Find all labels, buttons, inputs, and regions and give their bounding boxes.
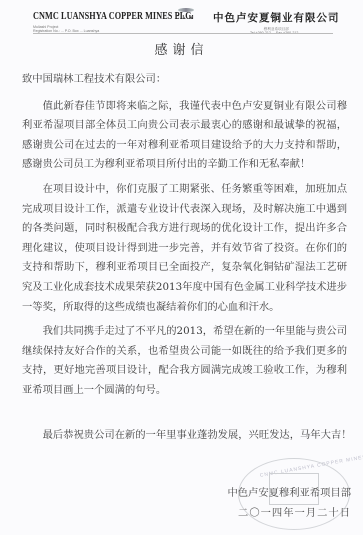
closing-line: 最后恭祝贵公司在新的一年里事业蓬勃发展，兴旺发达，马年大吉！ [22,426,352,441]
letter-body: 致中国瑞林工程技术有限公司： 值此新春佳节即将来临之际，我谨代表中色卢安夏铜业有… [22,70,347,406]
letterhead: CNMC LUANSHYA COPPER MINES PLC. Muliashi… [0,0,363,40]
company-name-cn: 中色卢安夏铜业有限公司 [213,10,340,25]
letter-title: 感谢信 [0,39,363,58]
paragraph-1: 值此新春佳节即将来临之际，我谨代表中色卢安夏铜业有限公司穆利亚希湿项目部全体员工… [22,97,347,175]
signature-date: 二〇一四年一月二十日 [227,503,351,523]
signature-org: 中色卢安夏穆利亚希项目部 [227,483,351,503]
logo-mark-icon [178,8,194,12]
logo-text: CLM [170,15,202,21]
letterhead-right: 中色卢安夏铜业有限公司 穆利亚希项目部 Tel +260-212-... Fax… [213,10,340,36]
salutation: 致中国瑞林工程技术有限公司： [22,70,347,90]
clm-logo: CLM [170,8,202,21]
signature-block: 中色卢安夏穆利亚希项目部 二〇一四年一月二十日 [227,483,351,523]
letter-page: CNMC LUANSHYA COPPER MINES PLC. Muliashi… [0,0,363,535]
paragraph-3: 我们共同携手走过了不平凡的2013，希望在新的一年里能与贵公司继续保持友好合作的… [22,322,347,400]
header-divider [33,33,333,34]
paragraph-2: 在项目设计中，你们克服了工期紧张、任务繁重等困难，加班加点完成项目设计工作，派遣… [22,180,347,317]
